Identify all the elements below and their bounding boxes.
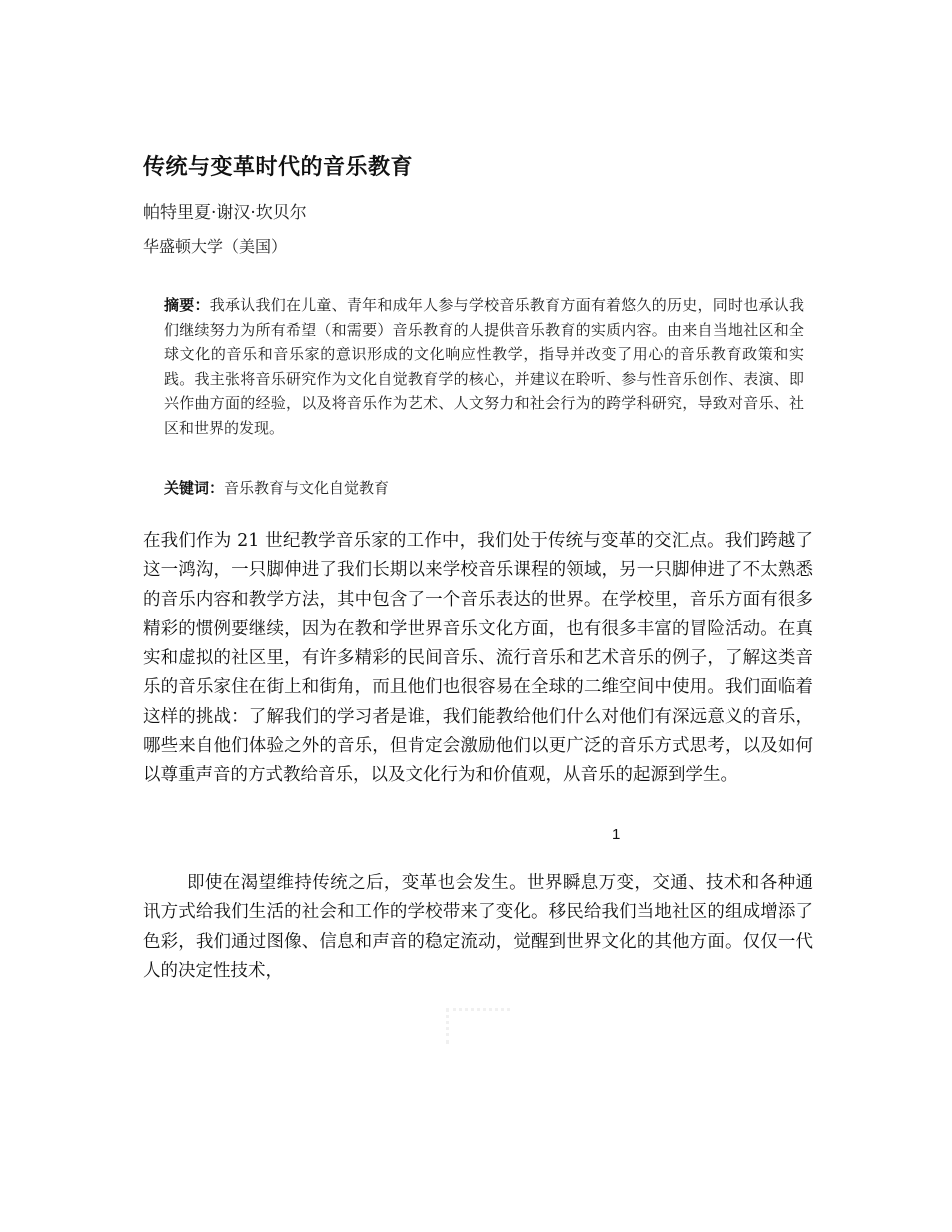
document-page: 传统与变革时代的音乐教育 帕特里夏·谢汉·坎贝尔 华盛顿大学（美国） 摘要：我承… <box>0 0 952 1232</box>
body-paragraph-2: 即使在渴望维持传统之后，变革也会发生。世界瞬息万变，交通、技术和各种通讯方式给我… <box>143 869 813 986</box>
faint-scan-artifact <box>446 1008 510 1044</box>
keywords-block: 关键词：音乐教育与文化自觉教育 <box>164 477 389 498</box>
page-number: 1 <box>612 826 620 843</box>
keywords-text: 音乐教育与文化自觉教育 <box>224 479 389 497</box>
document-title: 传统与变革时代的音乐教育 <box>143 150 413 181</box>
abstract-block: 摘要：我承认我们在儿童、青年和成年人参与学校音乐教育方面有着悠久的历史，同时也承… <box>164 293 804 440</box>
keywords-label: 关键词： <box>164 479 224 497</box>
abstract-text: 我承认我们在儿童、青年和成年人参与学校音乐教育方面有着悠久的历史，同时也承认我们… <box>164 296 804 437</box>
abstract-label: 摘要： <box>164 296 210 314</box>
author-name: 帕特里夏·谢汉·坎贝尔 <box>143 198 307 223</box>
author-affiliation: 华盛顿大学（美国） <box>143 234 287 257</box>
body-paragraph-1: 在我们作为 21 世纪教学音乐家的工作中，我们处于传统与变革的交汇点。我们跨越了… <box>143 527 813 791</box>
